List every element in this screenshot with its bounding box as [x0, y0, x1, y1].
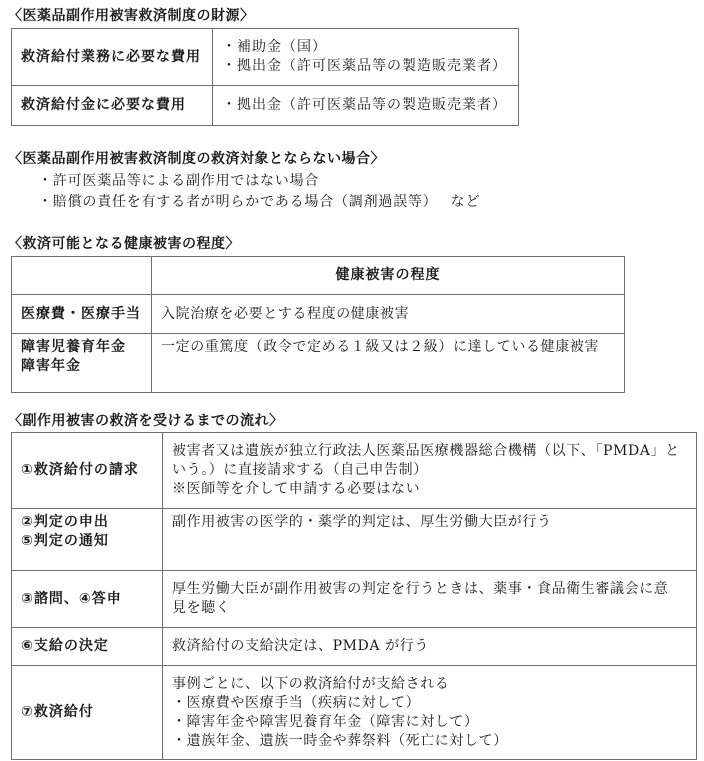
funding-row-value: ・補助金（国） ・拠出金（許可医薬品等の製造販売業者） [213, 29, 519, 86]
severity-heading: 〈救済可能となる健康被害の程度〉 [8, 235, 240, 253]
table-row: ⑥支給の決定 救済給付の支給決定は、PMDA が行う [12, 628, 697, 666]
label-line: ③諮問、④答申 [21, 590, 153, 609]
flow-heading: 〈副作用被害の救済を受けるまでの流れ〉 [8, 412, 284, 430]
table-row: ①救済給付の請求 被害者又は遺族が独立行政法人医薬品医療機器総合機構（以下、「P… [12, 433, 697, 509]
label-line: ①救済給付の請求 [21, 461, 153, 480]
flow-step-description: 副作用被害の医学的・薬学的判定は、厚生労働大臣が行う [163, 509, 697, 571]
description-line: ※医師等を介して申請する必要はない [172, 480, 687, 499]
funding-table: 救済給付業務に必要な費用 ・補助金（国） ・拠出金（許可医薬品等の製造販売業者）… [11, 28, 519, 126]
funding-heading: 〈医薬品副作用被害救済制度の財源〉 [8, 7, 255, 25]
exclusions-list: ・許可医薬品等による副作用ではない場合 ・賠償の責任を有する者が明らかである場合… [38, 171, 480, 213]
list-item: ・賠償の責任を有する者が明らかである場合（調剤過誤等） など [38, 192, 480, 213]
table-row: ⑦救済給付 事例ごとに、以下の救済給付が支給される ・医療費や医療手当（疾病に対… [12, 666, 697, 760]
flow-step-description: 救済給付の支給決定は、PMDA が行う [163, 628, 697, 666]
description-line: 救済給付の支給決定は、PMDA が行う [172, 637, 687, 656]
flow-step-description: 事例ごとに、以下の救済給付が支給される ・医療費や医療手当（疾病に対して） ・障… [163, 666, 697, 760]
table-row: ②判定の申出 ⑤判定の通知 副作用被害の医学的・薬学的判定は、厚生労働大臣が行う [12, 509, 697, 571]
severity-table: 健康被害の程度 医療費・医療手当 入院治療を必要とする程度の健康被害 障害児養育… [11, 256, 625, 393]
label-line: ⑦救済給付 [21, 703, 153, 722]
funding-row-label: 救済給付業務に必要な費用 [12, 29, 213, 86]
funding-item: ・拠出金（許可医薬品等の製造販売業者） [222, 96, 509, 115]
table-row: 救済給付業務に必要な費用 ・補助金（国） ・拠出金（許可医薬品等の製造販売業者） [12, 29, 519, 86]
table-row: 障害児養育年金 障害年金 一定の重篤度（政令で定める１級又は２級）に達している健… [12, 334, 625, 393]
flow-step-label: ①救済給付の請求 [12, 433, 163, 509]
severity-row-label: 障害児養育年金 障害年金 [12, 334, 152, 393]
table-header-row: 健康被害の程度 [12, 257, 625, 295]
label-line: 障害年金 [21, 357, 142, 376]
flow-step-label: ③諮問、④答申 [12, 571, 163, 628]
table-row: 医療費・医療手当 入院治療を必要とする程度の健康被害 [12, 295, 625, 334]
funding-item: ・補助金（国） [222, 38, 509, 57]
severity-row-value: 一定の重篤度（政令で定める１級又は２級）に達している健康被害 [152, 334, 625, 393]
column-header: 健康被害の程度 [152, 257, 625, 295]
description-line: ・医療費や医療手当（疾病に対して） [172, 694, 687, 713]
flow-step-label: ⑥支給の決定 [12, 628, 163, 666]
description-line: ・障害年金や障害児養育年金（障害に対して） [172, 713, 687, 732]
empty-header-cell [12, 257, 152, 295]
flow-table: ①救済給付の請求 被害者又は遺族が独立行政法人医薬品医療機器総合機構（以下、「P… [11, 432, 697, 760]
label-line: ②判定の申出 [21, 513, 153, 532]
description-line: 見を聴く [172, 599, 687, 618]
list-item: ・許可医薬品等による副作用ではない場合 [38, 171, 480, 192]
exclusions-heading: 〈医薬品副作用被害救済制度の救済対象とならない場合〉 [8, 150, 385, 168]
table-row: ③諮問、④答申 厚生労働大臣が副作用被害の判定を行うときは、薬事・食品衛生審議会… [12, 571, 697, 628]
description-line: 厚生労働大臣が副作用被害の判定を行うときは、薬事・食品衛生審議会に意 [172, 580, 687, 599]
label-line: ⑤判定の通知 [21, 532, 153, 551]
funding-row-label: 救済給付金に必要な費用 [12, 86, 213, 126]
description-line: いう。）に直接請求する（自己申告制） [172, 461, 687, 480]
label-line: 医療費・医療手当 [21, 305, 142, 324]
description-line: ・遺族年金、遺族一時金や葬祭料（死亡に対して） [172, 732, 687, 751]
flow-step-label: ②判定の申出 ⑤判定の通知 [12, 509, 163, 571]
description-line: 事例ごとに、以下の救済給付が支給される [172, 675, 687, 694]
flow-step-description: 厚生労働大臣が副作用被害の判定を行うときは、薬事・食品衛生審議会に意 見を聴く [163, 571, 697, 628]
funding-row-value: ・拠出金（許可医薬品等の製造販売業者） [213, 86, 519, 126]
table-row: 救済給付金に必要な費用 ・拠出金（許可医薬品等の製造販売業者） [12, 86, 519, 126]
severity-row-label: 医療費・医療手当 [12, 295, 152, 334]
severity-row-value: 入院治療を必要とする程度の健康被害 [152, 295, 625, 334]
flow-step-description: 被害者又は遺族が独立行政法人医薬品医療機器総合機構（以下、「PMDA」と いう。… [163, 433, 697, 509]
label-line: ⑥支給の決定 [21, 637, 153, 656]
description-line: 副作用被害の医学的・薬学的判定は、厚生労働大臣が行う [172, 513, 687, 532]
label-line: 障害児養育年金 [21, 338, 142, 357]
flow-step-label: ⑦救済給付 [12, 666, 163, 760]
description-line: 被害者又は遺族が独立行政法人医薬品医療機器総合機構（以下、「PMDA」と [172, 442, 687, 461]
funding-item: ・拠出金（許可医薬品等の製造販売業者） [222, 57, 509, 76]
